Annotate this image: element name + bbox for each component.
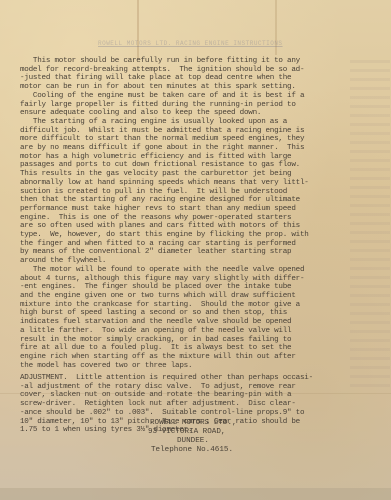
text-line: ADJUSTMENT. Little attention is required… [20, 374, 370, 383]
text-line: about 4 turns, although this figure may … [20, 275, 370, 284]
text-line: a little farther. Too wide an opening of… [20, 327, 370, 336]
text-line: motor can be run in for about ten minute… [20, 83, 370, 92]
text-line: and the engine given one or two turns wh… [20, 292, 370, 301]
text-line: -ance should be .002" to .003". Suitable… [20, 409, 370, 418]
company-name: ROWELL MOTORS LTD., [140, 419, 320, 428]
text-line: ensure adequate cooling and also to keep… [20, 109, 370, 118]
instructions-body: This motor should be carefully run in be… [20, 57, 370, 370]
text-line: This motor should be carefully run in be… [20, 57, 370, 66]
text-line: abnormally low at hand spinning speeds w… [20, 179, 370, 188]
company-address-block: ROWELL MOTORS LTD., 93 VICTORIA ROAD, DU… [140, 419, 320, 455]
text-line: fairly large propeller is fitted during … [20, 101, 370, 110]
text-line: mixture into the crankcase for starting.… [20, 301, 370, 310]
text-line: -al adjustment of the rotary disc valve.… [20, 383, 370, 392]
text-line: difficult job. Whilst it must be admitte… [20, 127, 370, 136]
paper-bottom-edge [0, 488, 391, 500]
text-line: suction is created to pull in the fuel. … [20, 188, 370, 197]
text-line: engine rich when starting off as the mix… [20, 353, 370, 362]
text-line: -ent engines. The finger should be place… [20, 283, 370, 292]
text-line: are so often used with planes and cars f… [20, 222, 370, 231]
text-line: engine. This is one of the reasons why p… [20, 214, 370, 223]
text-line: -justed that firing will take place at t… [20, 74, 370, 83]
text-line: result in the motor simply cracking, or … [20, 336, 370, 345]
street-address: 93 VICTORIA ROAD, [140, 428, 320, 437]
text-line: around the flywheel. [20, 257, 370, 266]
text-line: high burst of speed lasting a second or … [20, 309, 370, 318]
faint-heading: ROWELL MOTORS LTD. RACING ENGINE INSTRUC… [98, 40, 358, 47]
text-line: more difficult to start than the normal … [20, 135, 370, 144]
text-line: performance must take higher revs to sta… [20, 205, 370, 214]
text-line: motor has a high volumetric efficiency a… [20, 153, 370, 162]
paper-fold-crease [137, 0, 139, 60]
text-line: then that the starting of any racing eng… [20, 196, 370, 205]
text-line: cover, slacken nut on outside and rotate… [20, 391, 370, 400]
text-line: model for record-breaking attempts. The … [20, 66, 370, 75]
text-line: The starting of a racing engine is usual… [20, 118, 370, 127]
text-line: screw-driver. Retighten lock nut after a… [20, 400, 370, 409]
text-line: passages and ports to cut down frictiona… [20, 161, 370, 170]
text-line: indicates fuel starvation and the needle… [20, 318, 370, 327]
text-line: Cooling of the engine must be taken care… [20, 92, 370, 101]
text-line: the model has covered two or three laps. [20, 362, 370, 371]
city: DUNDEE. [140, 437, 320, 446]
text-line: by means of the conventional 2" diameter… [20, 248, 370, 257]
text-line: fire at all due to a fouled plug. It is … [20, 344, 370, 353]
telephone-number: Telephone No.4615. [140, 446, 320, 455]
text-line: This results in the gas velocity past th… [20, 170, 370, 179]
text-line: are by no means difficult if gone about … [20, 144, 370, 153]
text-line: type. We, however, do start this engine … [20, 231, 370, 240]
text-line: the finger and when fitted to a racing c… [20, 240, 370, 249]
text-line: The motor will be found to operate with … [20, 266, 370, 275]
